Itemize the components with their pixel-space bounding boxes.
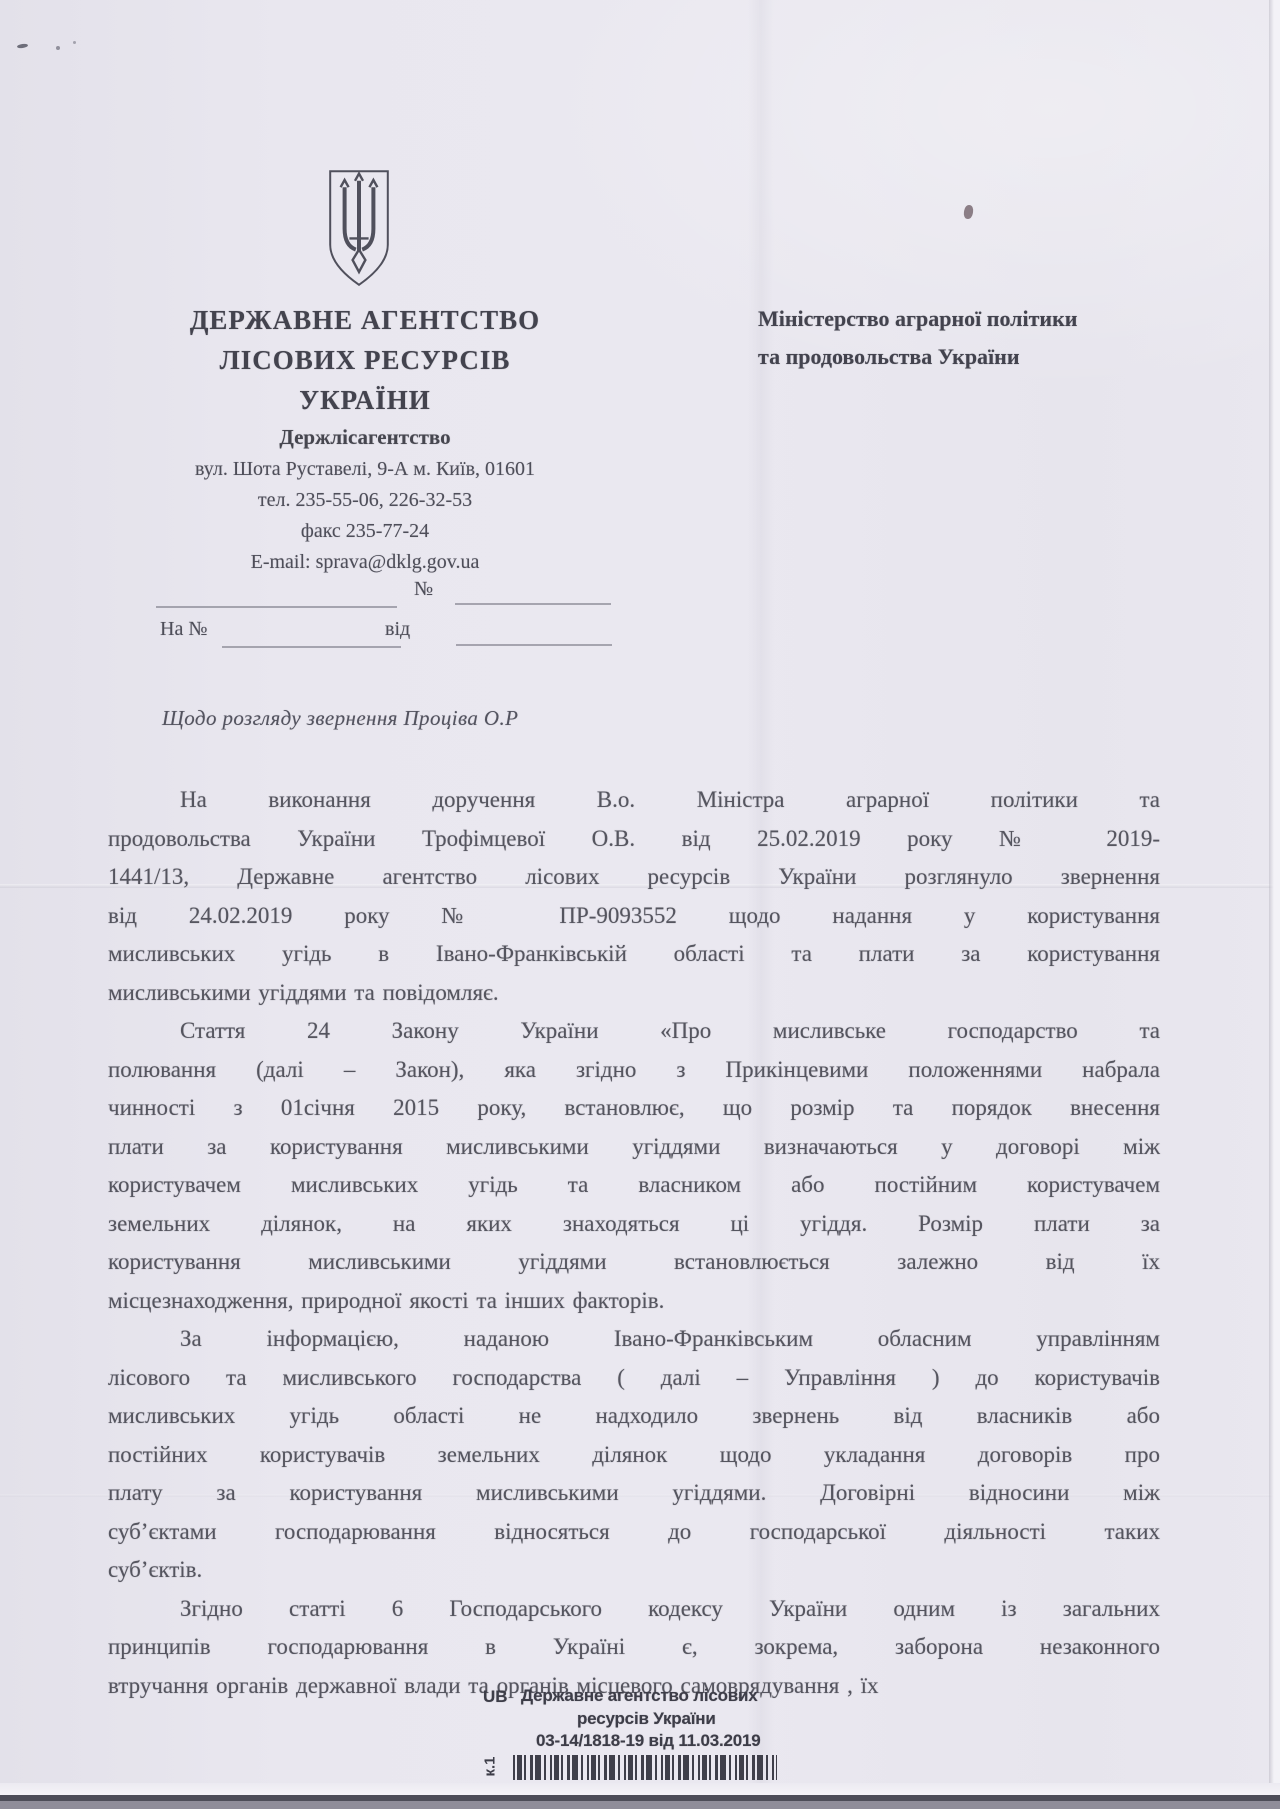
ink-speck (963, 204, 974, 219)
body-line: плату за користування мисливськими угідд… (108, 1474, 1160, 1513)
body-line: принципів господарювання в Україні є, зо… (108, 1628, 1160, 1667)
scan-edge (1269, 0, 1280, 1786)
org-fax: факс 235-77-24 (120, 516, 610, 547)
tryzub-shield-icon (320, 168, 398, 288)
recipient-block: Міністерство аграрної політикита продово… (758, 300, 1178, 376)
copy-mark: к.1 (482, 1756, 499, 1776)
ink-speck (73, 41, 76, 44)
incoming-number-label: На № (160, 618, 207, 641)
org-address: вул. Шота Руставелі, 9-А м. Київ, 01601 (120, 454, 610, 485)
body-line: полювання (далі – Закон), яка згідно з П… (108, 1051, 1160, 1090)
body-line: плати за користування мисливськими угідд… (108, 1128, 1160, 1167)
scanner-background (0, 1801, 1280, 1809)
blank-line (455, 603, 611, 605)
body-text: На виконання доручення В.о. Міністра агр… (108, 781, 1160, 1705)
body-line: користувачем мисливських угідь та власни… (108, 1166, 1160, 1205)
blank-line (456, 644, 612, 646)
blank-line (156, 606, 397, 608)
org-phone: тел. 235-55-06, 226-32-53 (120, 485, 610, 516)
recipient-line: Міністерство аграрної політики (758, 300, 1178, 338)
letterhead-org-block: ДЕРЖАВНЕ АГЕНТСТВОЛІСОВИХ РЕСУРСІВУКРАЇН… (120, 300, 610, 578)
body-line: Згідно статті 6 Господарського кодексу У… (108, 1590, 1160, 1629)
body-line: користування мисливськими угіддями встан… (108, 1243, 1160, 1282)
outgoing-number-label: № (414, 578, 433, 601)
body-line: мисливських угідь області не надходило з… (108, 1397, 1160, 1436)
stamp-org-line: ресурсів України (577, 1709, 716, 1729)
body-line: суб’єктів. (108, 1551, 1160, 1590)
body-line: лісового та мисливського господарства ( … (108, 1359, 1160, 1398)
barcode-icon (513, 1755, 777, 1780)
org-name-line: ДЕРЖАВНЕ АГЕНТСТВО (120, 300, 610, 340)
body-line: втручання органів державної влади та орг… (108, 1667, 1160, 1706)
body-line: чинності з 01січня 2015 року, встановлює… (108, 1089, 1160, 1128)
body-line: місцезнаходження, природної якості та ін… (108, 1282, 1160, 1321)
body-line: 1441/13, Державне агентство лісових ресу… (108, 858, 1160, 897)
body-line: На виконання доручення В.о. Міністра агр… (108, 781, 1160, 820)
body-line: від 24.02.2019 року № ПР-9093552 щодо на… (108, 897, 1160, 936)
org-name-line: УКРАЇНИ (120, 380, 610, 420)
date-label: від (385, 618, 410, 641)
body-line: мисливськими угіддями та повідомляє. (108, 974, 1160, 1013)
body-line: Стаття 24 Закону України «Про мисливське… (108, 1012, 1160, 1051)
org-name: ДЕРЖАВНЕ АГЕНТСТВОЛІСОВИХ РЕСУРСІВУКРАЇН… (120, 300, 610, 420)
scanned-letter-page: ДЕРЖАВНЕ АГЕНТСТВОЛІСОВИХ РЕСУРСІВУКРАЇН… (0, 0, 1280, 1809)
body-line: продовольства України Трофімцевої О.В. в… (108, 820, 1160, 859)
recipient-line: та продовольства України (758, 338, 1178, 376)
org-short-name: Держлісагентство (120, 420, 610, 454)
body-line: постійних користувачів земельних ділянок… (108, 1436, 1160, 1475)
stamp-registration-number: 03-14/1818-19 від 11.03.2019 (536, 1731, 761, 1751)
blank-line (222, 646, 401, 648)
body-line: За інформацією, наданою Івано-Франківськ… (108, 1320, 1160, 1359)
subject-line: Щодо розгляду звернення Проціва О.Р (162, 706, 518, 731)
ink-speck (17, 43, 28, 48)
org-email: E-mail: sprava@dklg.gov.ua (120, 547, 610, 578)
ink-speck (56, 46, 60, 50)
org-name-line: ЛІСОВИХ РЕСУРСІВ (120, 340, 610, 380)
body-line: земельних ділянок, на яких знаходяться ц… (108, 1205, 1160, 1244)
body-line: суб’єктами господарювання відносяться до… (108, 1513, 1160, 1552)
body-line: мисливських угідь в Івано-Франківській о… (108, 935, 1160, 974)
